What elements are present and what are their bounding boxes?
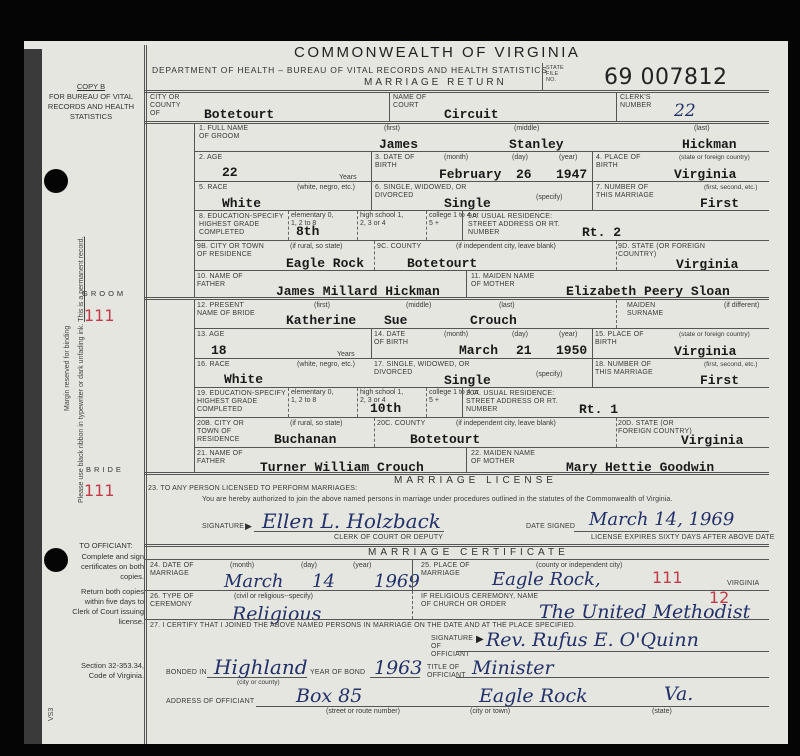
groom-section-label: GROOM — [82, 289, 126, 299]
groom-county: Botetourt — [407, 256, 477, 271]
license-heading: MARRIAGE LICENSE — [394, 475, 557, 486]
bride-street: Rt. 1 — [579, 402, 618, 417]
hint: (first, second, etc.) — [704, 361, 757, 368]
license-intro: 23. TO ANY PERSON LICENSED TO PERFORM MA… — [148, 485, 357, 493]
bride-race-label: 16. RACE — [197, 361, 230, 369]
bride-mother-label: 22. MAIDEN NAME OF MOTHER — [471, 450, 541, 466]
groom-first-name: James — [379, 137, 418, 152]
groom-pob: Virginia — [674, 167, 736, 182]
hint: (middle) — [514, 125, 539, 132]
hint: (specify) — [536, 371, 562, 378]
hint: (month) — [230, 562, 254, 569]
bond-year: 1963 — [374, 657, 422, 679]
rule — [195, 151, 769, 152]
court-label: NAME OF COURT — [393, 94, 433, 110]
groom-city-label: 9b. CITY OR TOWN OF RESIDENCE — [197, 243, 267, 259]
bride-pob: Virginia — [674, 344, 736, 359]
bride-dob-year: 1950 — [556, 343, 587, 358]
punch-hole — [44, 169, 68, 193]
rule — [145, 121, 769, 124]
hint: (first) — [314, 302, 330, 309]
groom-dob-month: February — [439, 167, 501, 182]
hint: (city or town) — [470, 708, 510, 715]
state-file-number: 69 007812 — [604, 65, 727, 90]
groom-race-label: 5. RACE — [199, 184, 228, 192]
divider — [426, 388, 427, 417]
bride-status: Single — [444, 373, 491, 388]
place-code-mark: 111 — [652, 568, 683, 587]
divider — [616, 418, 617, 447]
bride-pob-label: 15. PLACE OF BIRTH — [595, 331, 645, 347]
city-county-value: Botetourt — [204, 107, 274, 122]
groom-pob-label: 4. PLACE OF BIRTH — [596, 154, 646, 170]
hint: elementary 0, 1, 2 to 8 — [291, 389, 341, 405]
rule — [195, 210, 769, 211]
divider — [616, 92, 617, 121]
hint: (if rural, so state) — [290, 243, 343, 250]
bride-tally-mark: 111 — [84, 481, 115, 500]
hint: (first, second, etc.) — [704, 184, 757, 191]
groom-marriage-number-label: 7. NUMBER OF THIS MARRIAGE — [596, 184, 656, 200]
groom-dob-label: 3. DATE OF BIRTH — [375, 154, 415, 170]
bride-last-name: Crouch — [470, 313, 517, 328]
clerk-number-value: 22 — [674, 101, 696, 121]
hint: (month) — [444, 331, 468, 338]
divider — [426, 211, 427, 240]
divider — [374, 241, 375, 270]
court-value: Circuit — [444, 107, 499, 122]
hint: (county or independent city) — [536, 562, 622, 569]
ink-note: Please use black ribbon in typewriter or… — [78, 237, 85, 503]
rule — [195, 358, 769, 359]
groom-age: 22 — [222, 165, 238, 180]
hint: (city or county) — [237, 679, 280, 686]
hint: (white, negro, etc.) — [297, 361, 355, 368]
rule — [195, 270, 769, 271]
divider — [389, 92, 390, 121]
groom-race: White — [222, 196, 261, 211]
officiant-title: Minister — [472, 657, 554, 679]
officiant-address-label: ADDRESS OF OFFICIANT — [166, 698, 254, 706]
divider — [288, 211, 289, 240]
marriage-place: Eagle Rock, — [492, 569, 601, 590]
groom-street: Rt. 2 — [582, 225, 621, 240]
divider — [357, 388, 358, 417]
clerk-number-label: CLERK'S NUMBER — [620, 94, 650, 110]
signature-line — [456, 651, 769, 652]
groom-mother-label: 11. MAIDEN NAME OF MOTHER — [471, 273, 541, 289]
rule — [145, 297, 769, 300]
arrow-right-icon: ▶ — [476, 634, 484, 645]
divider — [466, 448, 467, 472]
church-code-mark: 12 — [709, 588, 729, 607]
groom-name-label: 1. FULL NAME OF GROOM — [199, 125, 259, 141]
divider — [412, 560, 413, 590]
divider — [371, 182, 372, 210]
bride-marriage-number-label: 18. NUMBER OF THIS MARRIAGE — [595, 361, 655, 377]
groom-last-name: Hickman — [682, 137, 737, 152]
code-reference: Section 32-353.34, Code of Virginia. — [68, 661, 144, 681]
hint: high school 1, 2, 3 or 4 — [360, 212, 410, 228]
divider — [288, 388, 289, 417]
bride-race: White — [224, 372, 263, 387]
punch-hole — [44, 548, 68, 572]
divider — [371, 152, 372, 181]
groom-street-label: 9a. USUAL RESIDENCE: STREET ADDRESS OR R… — [468, 213, 568, 237]
bride-first-name: Katherine — [286, 313, 356, 328]
hint: (specify) — [536, 194, 562, 201]
signature-label: SIGNATURE — [202, 523, 244, 531]
bride-dob-label: 14. DATE OF BIRTH — [374, 331, 414, 347]
groom-marriage-number: First — [700, 196, 739, 211]
margin-note: Margin reserved for binding — [64, 326, 71, 411]
hint: (street or route number) — [326, 708, 400, 715]
officiant-signature-label: SIGNATURE OF OFFICIANT — [431, 635, 481, 659]
city-county-label: CITY OR COUNTY OF — [150, 94, 190, 118]
divider — [462, 211, 463, 240]
form-number: VS3 — [48, 708, 55, 721]
hint: (day) — [301, 562, 317, 569]
officiant-address-city: Eagle Rock — [479, 685, 588, 707]
hint: (if different) — [724, 302, 759, 309]
divider — [466, 271, 467, 297]
rule — [145, 559, 769, 560]
frame-rule — [144, 45, 147, 744]
marriage-month: March — [224, 571, 283, 592]
years-label: Years — [337, 351, 355, 358]
hint: (if independent city, leave blank) — [456, 420, 556, 427]
hint: (day) — [512, 331, 528, 338]
form-subtitle: MARRIAGE RETURN — [364, 77, 507, 88]
bonded-in: Highland — [214, 655, 308, 679]
rule — [145, 590, 769, 591]
bride-marriage-number: First — [700, 373, 739, 388]
hint: (first) — [384, 125, 400, 132]
divider — [357, 211, 358, 240]
hint: (white, negro, etc.) — [297, 184, 355, 191]
bride-city: Buchanan — [274, 432, 336, 447]
bride-county-label: 20c. COUNTY — [377, 420, 426, 428]
ceremony-type-label: 26. TYPE OF CEREMONY — [150, 593, 200, 609]
bride-city-label: 20b. CITY OR TOWN OF RESIDENCE — [197, 420, 267, 444]
department-line: DEPARTMENT OF HEALTH – BUREAU OF VITAL R… — [152, 65, 548, 75]
bride-father-label: 21. NAME OF FATHER — [197, 450, 247, 466]
groom-education: 8th — [296, 224, 319, 239]
bride-name-label: 12. PRESENT NAME OF BRIDE — [197, 302, 257, 318]
officiant-instruction-2: Return both copies within five days to C… — [68, 587, 144, 627]
officiant-heading: TO OFFICIANT: — [68, 541, 144, 551]
hint: (middle) — [406, 302, 431, 309]
hint: (last) — [499, 302, 515, 309]
clerk-signature: Ellen L. Holzback — [262, 509, 441, 533]
marriage-date-label: 24. DATE OF MARRIAGE — [150, 562, 200, 578]
hint: (civil or religious--specify) — [234, 593, 313, 600]
rule — [195, 181, 769, 182]
bride-age: 18 — [211, 343, 227, 358]
divider — [616, 300, 617, 328]
license-expiry-note: LICENSE EXPIRES SIXTY DAYS AFTER ABOVE D… — [591, 534, 775, 542]
groom-middle-name: Stanley — [509, 137, 564, 152]
divider — [542, 63, 543, 90]
divider — [374, 418, 375, 447]
bonded-in-label: BONDED IN — [166, 669, 207, 677]
binding-strip — [24, 49, 42, 744]
hint: (state) — [652, 708, 672, 715]
bond-year-label: YEAR OF BOND — [310, 669, 365, 677]
bride-maiden-surname-label: MAIDEN SURNAME — [627, 302, 667, 318]
date-signed: March 14, 1969 — [589, 509, 734, 530]
marriage-return-form: COPY B FOR BUREAU OF VITAL RECORDS AND H… — [24, 41, 788, 744]
bride-street-label: 20a. USUAL RESIDENCE: STREET ADDRESS OR … — [466, 390, 566, 414]
groom-education-label: 8. EDUCATION-SPECIFY HIGHEST GRADE COMPL… — [199, 213, 289, 237]
bride-county: Botetourt — [410, 432, 480, 447]
groom-age-label: 2. AGE — [199, 154, 222, 162]
form-header-title: COMMONWEALTH OF VIRGINIA — [294, 44, 580, 61]
bride-education-label: 19. EDUCATION-SPECIFY HIGHEST GRADE COMP… — [197, 390, 287, 414]
bride-dob-month: March — [459, 343, 498, 358]
state-file-label: STATE FILE NO. — [546, 65, 566, 83]
groom-county-label: 9c. COUNTY — [377, 243, 421, 251]
groom-status: Single — [444, 196, 491, 211]
groom-dob-day: 26 — [516, 167, 532, 182]
place-state: VIRGINIA — [727, 580, 759, 588]
church-label: IF RELIGIOUS CEREMONY, NAME OF CHURCH OR… — [421, 593, 541, 609]
bride-education: 10th — [370, 401, 401, 416]
date-signed-label: DATE SIGNED — [526, 523, 575, 531]
license-text: You are hereby authorized to join the ab… — [202, 496, 672, 503]
hint: (state or foreign country) — [679, 331, 750, 338]
signer-role: CLERK OF COURT OR DEPUTY — [334, 534, 443, 542]
rule — [195, 447, 769, 448]
hint: (year) — [559, 154, 577, 161]
officiant-instruction-1: Complete and sign certificates on both c… — [68, 552, 144, 582]
groom-city: Eagle Rock — [286, 256, 364, 271]
divider — [412, 591, 413, 619]
hint: (year) — [353, 562, 371, 569]
bride-dob-day: 21 — [516, 343, 532, 358]
hint: (month) — [444, 154, 468, 161]
groom-tally-mark: 111 — [84, 306, 115, 325]
hint: (state or foreign country) — [679, 154, 750, 161]
divider — [371, 329, 372, 358]
certificate-heading: MARRIAGE CERTIFICATE — [368, 547, 569, 558]
rule — [195, 240, 769, 241]
copy-label: COPY B — [46, 82, 136, 92]
date-line — [574, 531, 769, 532]
rule — [145, 90, 769, 93]
rule — [195, 328, 769, 329]
groom-dob-year: 1947 — [556, 167, 587, 182]
rule — [195, 387, 769, 388]
officiant-address-street: Box 85 — [296, 685, 362, 707]
officiant-signature: Rev. Rufus E. O'Quinn — [486, 629, 699, 651]
rule — [145, 619, 769, 620]
marriage-day: 14 — [312, 571, 335, 592]
years-label: Years — [339, 174, 357, 181]
hint: (if independent city, leave blank) — [456, 243, 556, 250]
bride-section-label: BRIDE — [86, 465, 124, 475]
copy-description: FOR BUREAU OF VITAL RECORDS AND HEALTH S… — [46, 92, 136, 122]
divider — [462, 388, 463, 417]
hint: (year) — [559, 331, 577, 338]
bride-middle-name: Sue — [384, 313, 407, 328]
bride-state: Virginia — [681, 433, 743, 448]
bride-age-label: 13. AGE — [197, 331, 224, 339]
officiant-address-state: Va. — [664, 683, 693, 705]
rule — [195, 417, 769, 418]
hint: (day) — [512, 154, 528, 161]
arrow-right-icon: ▶ — [245, 521, 252, 532]
divider — [616, 241, 617, 270]
hint: (if rural, so state) — [290, 420, 343, 427]
marriage-place-label: 25. PLACE OF MARRIAGE — [421, 562, 471, 578]
groom-father-label: 10. NAME OF FATHER — [197, 273, 247, 289]
hint: (last) — [694, 125, 710, 132]
